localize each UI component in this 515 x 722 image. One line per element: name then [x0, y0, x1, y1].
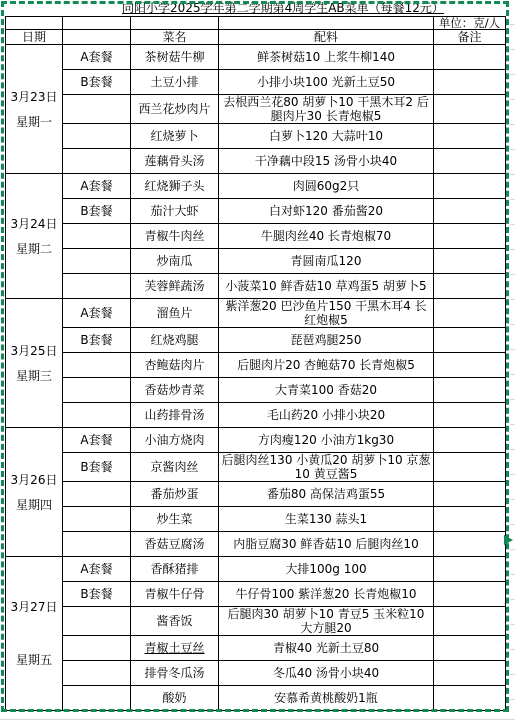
dish-name-cell[interactable]: 土豆小排	[131, 70, 219, 95]
ingredients-cell[interactable]: 大青菜100 香菇20	[219, 378, 434, 403]
ingredients-cell[interactable]: 内脂豆腐30 鲜香菇10 后腿肉丝10	[219, 532, 434, 557]
meal-label-cell[interactable]: A套餐	[63, 299, 131, 328]
meal-label-cell[interactable]: B套餐	[63, 328, 131, 353]
ingredients-cell[interactable]: 肉圆60g2只	[219, 174, 434, 199]
meal-label-cell[interactable]	[63, 403, 131, 428]
menu-row: 酱香饭后腿肉30 胡萝卜10 青豆5 玉米粒10 大方腿20	[6, 607, 506, 636]
note-cell[interactable]	[434, 45, 506, 70]
date-text: 3月24日	[7, 216, 61, 232]
menu-row: 杏鲍菇肉片后腿肉片20 杏鲍菇70 长青炮椒5	[6, 353, 506, 378]
note-cell[interactable]	[434, 224, 506, 249]
note-cell[interactable]	[434, 299, 506, 328]
menu-table: 单位：克/人 日期 菜名 配料 备注 3月23日星期一A套餐茶树菇牛柳鲜茶树菇1…	[5, 16, 506, 711]
note-cell[interactable]	[434, 378, 506, 403]
date-text: 3月25日	[7, 343, 61, 359]
ingredients-cell[interactable]: 安慕希黄桃酸奶1瓶	[219, 686, 434, 711]
menu-table-body: 单位：克/人 日期 菜名 配料 备注 3月23日星期一A套餐茶树菇牛柳鲜茶树菇1…	[6, 17, 506, 711]
note-cell[interactable]	[434, 149, 506, 174]
dish-name-cell[interactable]: 红烧狮子头	[131, 174, 219, 199]
menu-row: 莲藕骨头汤干净藕中段15 汤骨小块40	[6, 149, 506, 174]
dish-name-cell[interactable]: 莲藕骨头汤	[131, 149, 219, 174]
ingredients-cell[interactable]: 干净藕中段15 汤骨小块40	[219, 149, 434, 174]
meal-label-cell[interactable]: A套餐	[63, 174, 131, 199]
dish-name-cell[interactable]: 青椒牛仔骨	[131, 582, 219, 607]
dish-name-cell[interactable]: 香菇炒青菜	[131, 378, 219, 403]
ingredients-cell[interactable]: 方肉瘦120 小油方1kg30	[219, 428, 434, 453]
sheet-gridline-bottom	[0, 719, 515, 720]
dish-name-cell[interactable]: 红烧鸡腿	[131, 328, 219, 353]
note-cell[interactable]	[434, 557, 506, 582]
unit-label[interactable]: 单位：克/人	[434, 17, 506, 30]
empty-cell[interactable]	[63, 17, 131, 30]
meal-label-cell[interactable]	[63, 532, 131, 557]
dish-name-cell[interactable]: 茄汁大虾	[131, 199, 219, 224]
menu-row: B套餐京酱肉丝后腿肉丝130 小黄瓜20 胡萝卜10 京葱10 黄豆酱5	[6, 453, 506, 482]
note-cell[interactable]	[434, 661, 506, 686]
meal-label-cell[interactable]: B套餐	[63, 582, 131, 607]
note-cell[interactable]	[434, 274, 506, 299]
note-cell[interactable]	[434, 328, 506, 353]
ingredients-cell[interactable]: 毛山药20 小排小块20	[219, 403, 434, 428]
date-cell[interactable]: 3月24日星期二	[6, 174, 63, 299]
menu-row: 山药排骨汤毛山药20 小排小块20	[6, 403, 506, 428]
meal-label-cell[interactable]: B套餐	[63, 453, 131, 482]
ingredients-cell[interactable]: 大排100g 100	[219, 557, 434, 582]
menu-row: 3月23日星期一A套餐茶树菇牛柳鲜茶树菇10 上浆牛柳140	[6, 45, 506, 70]
ingredients-cell[interactable]: 后腿肉片20 杏鲍菇70 长青炮椒5	[219, 353, 434, 378]
dish-name-cell[interactable]: 番茄炒蛋	[131, 482, 219, 507]
meal-label-cell[interactable]	[63, 274, 131, 299]
meal-label-cell[interactable]	[63, 149, 131, 174]
note-cell[interactable]	[434, 95, 506, 124]
note-cell[interactable]	[434, 249, 506, 274]
meal-label-cell[interactable]: A套餐	[63, 428, 131, 453]
ingredients-cell[interactable]: 小菠菜10 鲜香菇10 草鸡蛋5 胡萝卜5	[219, 274, 434, 299]
meal-label-cell[interactable]	[63, 607, 131, 636]
dish-name-cell[interactable]: 山药排骨汤	[131, 403, 219, 428]
meal-label-cell[interactable]: A套餐	[63, 45, 131, 70]
spreadsheet-sheet: 向阳小学2025学年第二学期第4周学生AB菜单（每餐12元） 单位：克/人 日期…	[0, 0, 515, 722]
date-cell[interactable]: 3月27日星期五	[6, 557, 63, 711]
weekday-text: 星期二	[7, 241, 61, 257]
menu-row: 红烧萝卜白萝卜120 大蒜叶10	[6, 124, 506, 149]
menu-row: 西兰花炒肉片去根西兰花80 胡萝卜10 干黑木耳2 后腿肉片30 长青炮椒5	[6, 95, 506, 124]
menu-row: 排骨冬瓜汤冬瓜40 汤骨小块40	[6, 661, 506, 686]
date-text: 3月27日	[7, 599, 61, 615]
menu-row: 3月27日星期五A套餐香酥猪排大排100g 100	[6, 557, 506, 582]
menu-row: B套餐红烧鸡腿琵琶鸡腿250	[6, 328, 506, 353]
meal-label-cell[interactable]	[63, 636, 131, 661]
dish-name-cell[interactable]: 香菇豆腐汤	[131, 532, 219, 557]
print-area-arrow-icon[interactable]	[504, 535, 513, 545]
ingredients-cell[interactable]: 白萝卜120 大蒜叶10	[219, 124, 434, 149]
menu-row: 青椒牛肉丝牛腿肉丝40 长青炮椒70	[6, 224, 506, 249]
col-header-date[interactable]: 日期	[6, 30, 63, 45]
note-cell[interactable]	[434, 686, 506, 711]
menu-row: 番茄炒蛋番茄80 高保洁鸡蛋55	[6, 482, 506, 507]
unit-row: 单位：克/人	[6, 17, 506, 30]
note-cell[interactable]	[434, 124, 506, 149]
meal-label-cell[interactable]	[63, 224, 131, 249]
dish-name-cell[interactable]: 红烧萝卜	[131, 124, 219, 149]
ingredients-cell[interactable]: 小排小块100 光新土豆50	[219, 70, 434, 95]
dish-name-cell[interactable]: 炒南瓜	[131, 249, 219, 274]
date-cell[interactable]: 3月23日星期一	[6, 45, 63, 174]
ingredients-cell[interactable]: 冬瓜40 汤骨小块40	[219, 661, 434, 686]
ingredients-cell[interactable]: 白对虾120 番茄酱20	[219, 199, 434, 224]
menu-row: 香菇豆腐汤内脂豆腐30 鲜香菇10 后腿肉丝10	[6, 532, 506, 557]
sheet-gridlines-right	[510, 0, 515, 722]
dish-name-cell[interactable]: 酱香饭	[131, 607, 219, 636]
ingredients-cell[interactable]: 鲜茶树菇10 上浆牛柳140	[219, 45, 434, 70]
note-cell[interactable]	[434, 428, 506, 453]
note-cell[interactable]	[434, 532, 506, 557]
note-cell[interactable]	[434, 507, 506, 532]
ingredients-cell[interactable]: 生菜130 蒜头1	[219, 507, 434, 532]
note-cell[interactable]	[434, 582, 506, 607]
menu-row: 炒南瓜青圆南瓜120	[6, 249, 506, 274]
dish-name-cell[interactable]: 炒生菜	[131, 507, 219, 532]
ingredients-cell[interactable]: 去根西兰花80 胡萝卜10 干黑木耳2 后腿肉片30 长青炮椒5	[219, 95, 434, 124]
empty-cell[interactable]	[219, 17, 434, 30]
dish-name-cell[interactable]: 茶树菇牛柳	[131, 45, 219, 70]
note-cell[interactable]	[434, 403, 506, 428]
meal-label-cell[interactable]	[63, 95, 131, 124]
col-header-dish[interactable]: 菜名	[131, 30, 219, 45]
date-text: 3月26日	[7, 472, 61, 488]
col-header-meal[interactable]	[63, 30, 131, 45]
meal-label-cell[interactable]	[63, 124, 131, 149]
header-row: 日期 菜名 配料 备注	[6, 30, 506, 45]
date-cell[interactable]: 3月25日星期三	[6, 299, 63, 428]
menu-row: 3月24日星期二A套餐红烧狮子头肉圆60g2只	[6, 174, 506, 199]
ingredients-cell[interactable]: 后腿肉丝130 小黄瓜20 胡萝卜10 京葱10 黄豆酱5	[219, 453, 434, 482]
menu-row: B套餐茄汁大虾白对虾120 番茄酱20	[6, 199, 506, 224]
dish-name-cell[interactable]: 西兰花炒肉片	[131, 95, 219, 124]
menu-row: B套餐青椒牛仔骨牛仔骨100 紫洋葱20 长青炮椒10	[6, 582, 506, 607]
meal-label-cell[interactable]	[63, 507, 131, 532]
dish-name-cell[interactable]: 溜鱼片	[131, 299, 219, 328]
note-cell[interactable]	[434, 353, 506, 378]
meal-label-cell[interactable]: A套餐	[63, 557, 131, 582]
note-cell[interactable]	[434, 607, 506, 636]
dish-name-cell[interactable]: 芙蓉鲜蔬汤	[131, 274, 219, 299]
meal-label-cell[interactable]	[63, 482, 131, 507]
dish-name-cell[interactable]: 青椒土豆丝	[131, 636, 219, 661]
menu-row: 炒生菜生菜130 蒜头1	[6, 507, 506, 532]
note-cell[interactable]	[434, 636, 506, 661]
dish-name-cell[interactable]: 杏鲍菇肉片	[131, 353, 219, 378]
note-cell[interactable]	[434, 453, 506, 482]
dish-name-cell[interactable]: 酸奶	[131, 686, 219, 711]
dish-name-cell[interactable]: 小油方烧肉	[131, 428, 219, 453]
weekday-text: 星期一	[7, 114, 61, 130]
menu-row: 3月26日星期四A套餐小油方烧肉方肉瘦120 小油方1kg30	[6, 428, 506, 453]
page-title[interactable]: 向阳小学2025学年第二学期第4周学生AB菜单（每餐12元）	[5, 2, 505, 15]
empty-cell[interactable]	[131, 17, 219, 30]
ingredients-cell[interactable]: 牛腿肉丝40 长青炮椒70	[219, 224, 434, 249]
meal-label-cell[interactable]	[63, 378, 131, 403]
empty-cell[interactable]	[6, 17, 63, 30]
weekday-text: 星期五	[7, 652, 61, 668]
ingredients-cell[interactable]: 琵琶鸡腿250	[219, 328, 434, 353]
ingredients-cell[interactable]: 青椒40 光新土豆80	[219, 636, 434, 661]
menu-row: 青椒土豆丝青椒40 光新土豆80	[6, 636, 506, 661]
dish-name-cell[interactable]: 京酱肉丝	[131, 453, 219, 482]
dish-name-cell[interactable]: 青椒牛肉丝	[131, 224, 219, 249]
menu-row: 芙蓉鲜蔬汤小菠菜10 鲜香菇10 草鸡蛋5 胡萝卜5	[6, 274, 506, 299]
meal-label-cell[interactable]: B套餐	[63, 199, 131, 224]
ingredients-cell[interactable]: 紫洋葱20 巴沙鱼片150 干黑木耳4 长红炮椒5	[219, 299, 434, 328]
meal-label-cell[interactable]: B套餐	[63, 70, 131, 95]
ingredients-cell[interactable]: 牛仔骨100 紫洋葱20 长青炮椒10	[219, 582, 434, 607]
note-cell[interactable]	[434, 199, 506, 224]
date-cell[interactable]: 3月26日星期四	[6, 428, 63, 557]
menu-row: B套餐土豆小排小排小块100 光新土豆50	[6, 70, 506, 95]
weekday-text: 星期四	[7, 497, 61, 513]
meal-label-cell[interactable]	[63, 353, 131, 378]
note-cell[interactable]	[434, 174, 506, 199]
menu-row: 3月25日星期三A套餐溜鱼片紫洋葱20 巴沙鱼片150 干黑木耳4 长红炮椒5	[6, 299, 506, 328]
dish-name-cell[interactable]: 香酥猪排	[131, 557, 219, 582]
menu-row: 酸奶安慕希黄桃酸奶1瓶	[6, 686, 506, 711]
ingredients-cell[interactable]: 后腿肉30 胡萝卜10 青豆5 玉米粒10 大方腿20	[219, 607, 434, 636]
meal-label-cell[interactable]	[63, 686, 131, 711]
col-header-note[interactable]: 备注	[434, 30, 506, 45]
meal-label-cell[interactable]	[63, 249, 131, 274]
ingredients-cell[interactable]: 番茄80 高保洁鸡蛋55	[219, 482, 434, 507]
ingredients-cell[interactable]: 青圆南瓜120	[219, 249, 434, 274]
note-cell[interactable]	[434, 70, 506, 95]
weekday-text: 星期三	[7, 368, 61, 384]
menu-row: 香菇炒青菜大青菜100 香菇20	[6, 378, 506, 403]
note-cell[interactable]	[434, 482, 506, 507]
date-text: 3月23日	[7, 89, 61, 105]
col-header-ingredients[interactable]: 配料	[219, 30, 434, 45]
dish-name-cell[interactable]: 排骨冬瓜汤	[131, 661, 219, 686]
meal-label-cell[interactable]	[63, 661, 131, 686]
